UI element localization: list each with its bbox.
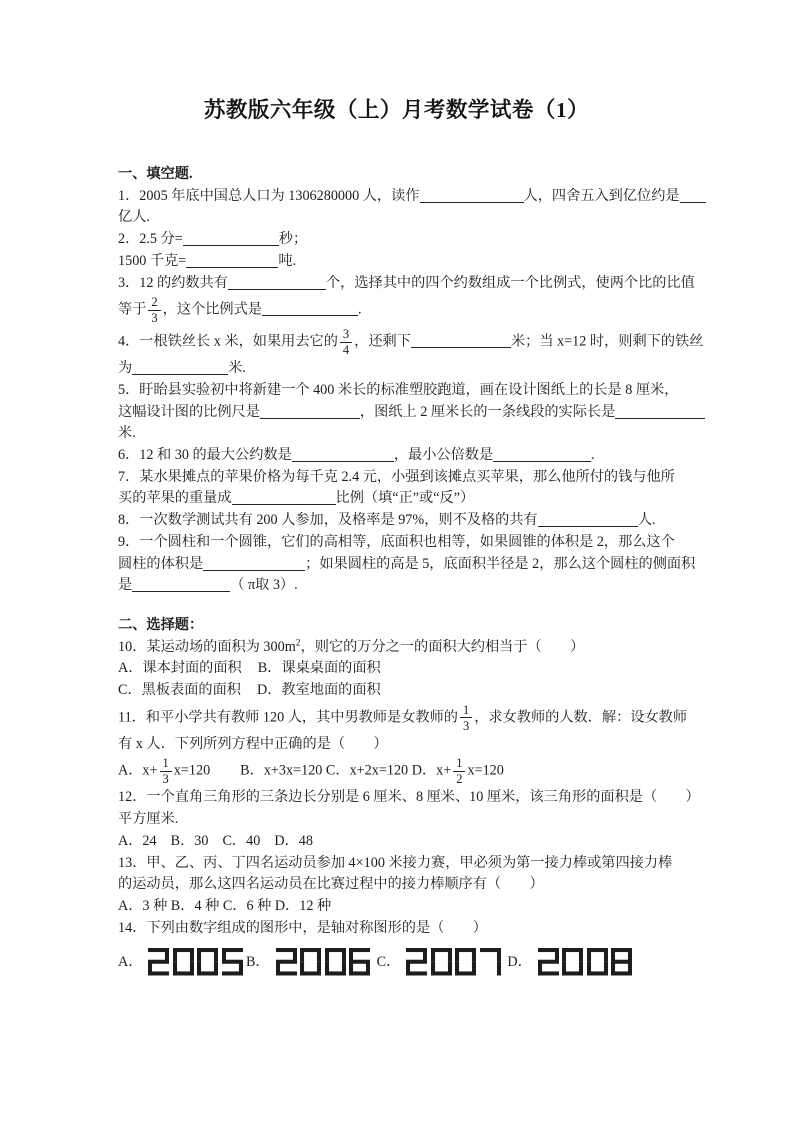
fraction-numerator: 1 xyxy=(453,756,465,772)
fraction-numerator: 1 xyxy=(160,756,172,772)
question-8-line-1: 8．一次数学测试共有 200 人参加，及格率是 97%，则不及格的共有人. xyxy=(118,510,693,532)
exam-paper-page: 苏教版六年级（上）月考数学试卷（1） 一、填空题.1．2005 年底中国总人口为… xyxy=(0,0,793,1122)
text-run: 14．下列由数字组成的图形中，是轴对称图形的是（ ） xyxy=(118,920,487,936)
text-run: D． xyxy=(504,954,532,970)
text-run: . xyxy=(358,301,362,317)
text-run: ，最小公倍数是 xyxy=(394,447,493,463)
text-run: D．48 xyxy=(274,833,313,849)
text-run: ，求女教师的人数．解：设女教师 xyxy=(474,709,687,725)
blank-underline xyxy=(615,406,705,419)
question-5-line-1: 5．盱眙县实验初中将新建一个 400 米长的标准塑胶跑道，画在设计图纸上的长是 … xyxy=(118,380,693,402)
text-run: A．24 xyxy=(118,833,157,849)
text-run: （ π取 3）. xyxy=(230,577,297,593)
fraction-denominator: 3 xyxy=(460,718,472,733)
question-12-line-1: 12．一个直角三角形的三条边长分别是 6 厘米、8 厘米、10 厘米，该三角形的… xyxy=(118,787,693,809)
blank-underline xyxy=(183,233,279,246)
text-run: 11．和平小学共有教师 120 人，其中男教师是女教师的 xyxy=(118,709,458,725)
question-12-options: A．24B．30C．40D．48 xyxy=(118,831,693,853)
text-run: 8．一次数学测试共有 200 人参加，及格率是 97%，则不及格的共有 xyxy=(118,512,538,528)
text-run: C． xyxy=(373,954,400,970)
text-run: A．3 种 B．4 种 C．6 种 D．12 种 xyxy=(118,898,331,914)
fraction: 13 xyxy=(460,703,472,733)
text-run: 3．12 的约数共有 xyxy=(118,275,228,291)
question-11-line-2: 有 x 人．下列所列方程中正确的是（ ） xyxy=(118,734,693,756)
text-run: 7．某水果摊点的苹果价格为每千克 2.4 元，小强到该摊点买苹果，那么他所付的钱… xyxy=(118,469,675,485)
blank-underline xyxy=(292,449,394,462)
fraction: 12 xyxy=(453,756,465,786)
question-10-options-cd: C．黑板表面的面积D．教室地面的面积 xyxy=(118,680,693,702)
text-run: 的运动员，那么这四名运动员在比赛过程中的接力棒顺序有（ ） xyxy=(118,876,544,892)
text-run: ，则它的万分之一的面积大约相当于（ ） xyxy=(301,639,585,655)
text-run: 亿人. xyxy=(118,209,150,225)
digit-0-icon xyxy=(173,948,194,976)
text-run: A．x+ xyxy=(118,763,158,779)
text-run: 1．2005 年底中国总人口为 1306280000 人，读作 xyxy=(118,188,420,204)
blank-underline xyxy=(203,558,305,571)
fraction-numerator: 2 xyxy=(148,295,160,311)
question-13-options: A．3 种 B．4 种 C．6 种 D．12 种 xyxy=(118,896,693,918)
blank-underline xyxy=(262,303,358,316)
fraction: 13 xyxy=(160,756,172,786)
segment-number-2007 xyxy=(406,948,501,976)
segment-number-2006 xyxy=(276,948,371,976)
text-run: ；如果圆柱的高是 5，底面积半径是 2，那么这个圆柱的侧面积 xyxy=(305,556,695,572)
text-run: 米；当 x=12 时，则剩下的铁丝 xyxy=(511,333,703,349)
question-7-line-2: 买的苹果的重量成比例（填“正”或“反”） xyxy=(118,488,693,510)
fraction: 23 xyxy=(148,295,160,325)
blank-underline xyxy=(132,362,228,375)
text-run: A．课本封面的面积 xyxy=(118,660,242,676)
question-5-line-2: 这幅设计图的比例尺是，图纸上 2 厘米长的一条线段的实际长是 xyxy=(118,402,693,424)
digit-2-icon xyxy=(406,948,427,976)
text-run: 12．一个直角三角形的三条边长分别是 6 厘米、8 厘米、10 厘米，该三角形的… xyxy=(118,789,700,805)
blank-underline xyxy=(680,190,706,203)
fraction-denominator: 3 xyxy=(148,311,160,326)
question-3-line-1: 3．12 的约数共有个，选择其中的四个约数组成一个比例式，使两个比的比值 xyxy=(118,273,693,295)
digit-5-icon xyxy=(222,948,243,976)
text-run: A． xyxy=(118,954,142,970)
blank-underline xyxy=(538,514,638,527)
text-run: 个，选择其中的四个约数组成一个比例式，使两个比的比值 xyxy=(326,275,695,291)
question-10-options-ab: A．课本封面的面积B．课桌桌面的面积 xyxy=(118,658,693,680)
digit-0-icon xyxy=(455,948,476,976)
fraction-denominator: 2 xyxy=(453,772,465,787)
fraction-denominator: 4 xyxy=(340,343,352,358)
text-run: 等于 xyxy=(118,301,146,317)
question-10-line-1: 10．某运动场的面积为 300m2，则它的万分之一的面积大约相当于（ ） xyxy=(118,637,693,659)
question-4-line-2: 为米. xyxy=(118,358,693,380)
blank-underline xyxy=(228,277,326,290)
digit-0-icon xyxy=(431,948,452,976)
question-9-line-1: 9．一个圆柱和一个圆锥，它们的高相等，底面积也相等，如果圆锥的体积是 2，那么这… xyxy=(118,532,693,554)
text-run: 6．12 和 30 的最大公约数是 xyxy=(118,447,292,463)
text-run: 人. xyxy=(638,512,656,528)
text-run: C．黑板表面的面积 xyxy=(118,682,241,698)
text-run: D．教室地面的面积 xyxy=(257,682,381,698)
question-1-line-2: 亿人. xyxy=(118,207,693,229)
digit-0-icon xyxy=(562,948,583,976)
digit-0-icon xyxy=(197,948,218,976)
question-2-line-2: 1500 千克=吨. xyxy=(118,251,693,273)
text-run: 米. xyxy=(228,360,246,376)
text-run: B． xyxy=(246,954,270,970)
blank-underline xyxy=(493,449,591,462)
text-run: 米. xyxy=(118,425,136,441)
spacer xyxy=(260,844,274,845)
question-4-line-1: 4．一根铁丝长 x 米，如果用去它的34，还剩下米；当 x=12 时，则剩下的铁… xyxy=(118,326,693,358)
blank-underline xyxy=(411,335,511,348)
text-run: 这幅设计图的比例尺是 xyxy=(118,404,260,420)
question-6-line-1: 6．12 和 30 的最大公约数是，最小公倍数是. xyxy=(118,445,693,467)
spacer xyxy=(157,844,171,845)
text-run: 9．一个圆柱和一个圆锥，它们的高相等，底面积也相等，如果圆锥的体积是 2，那么这… xyxy=(118,534,675,550)
text-run: 为 xyxy=(118,360,132,376)
fraction-numerator: 1 xyxy=(460,703,472,719)
text-run: 4．一根铁丝长 x 米，如果用去它的 xyxy=(118,333,338,349)
question-1-line-1: 1．2005 年底中国总人口为 1306280000 人，读作人，四舍五入到亿位… xyxy=(118,186,693,208)
text-run: B．课桌桌面的面积 xyxy=(258,660,381,676)
section-2-heading: 二、选择题： xyxy=(118,615,693,637)
question-5-line-3: 米. xyxy=(118,423,693,445)
text-run: 5．盱眙县实验初中将新建一个 400 米长的标准塑胶跑道，画在设计图纸上的长是 … xyxy=(118,382,678,398)
text-run: 圆柱的体积是 xyxy=(118,556,203,572)
question-13-line-1: 13．甲、乙、丙、丁四名运动员参加 4×100 米接力赛，甲必须为第一接力棒或第… xyxy=(118,853,693,875)
text-run: x=120 xyxy=(174,763,210,779)
text-run: 吨. xyxy=(278,253,296,269)
question-7-line-1: 7．某水果摊点的苹果价格为每千克 2.4 元，小强到该摊点买苹果，那么他所付的钱… xyxy=(118,467,693,489)
text-run: 二、选择题： xyxy=(118,617,203,633)
question-3-line-2: 等于23，这个比例式是. xyxy=(118,294,693,326)
segment-number-2008 xyxy=(538,948,633,976)
text-run: 买的苹果的重量成 xyxy=(118,490,232,506)
digit-2-icon xyxy=(276,948,297,976)
question-2-line-1: 2．2.5 分=秒； xyxy=(118,229,693,251)
text-run: 1500 千克= xyxy=(118,253,186,269)
text-run: 比例（填“正”或“反”） xyxy=(336,490,475,506)
text-run: C．40 xyxy=(222,833,260,849)
text-run: 有 x 人．下列所列方程中正确的是（ ） xyxy=(118,736,388,752)
blank-underline xyxy=(132,579,230,592)
text-run: ，还剩下 xyxy=(354,333,411,349)
blank-underline xyxy=(420,190,524,203)
text-run: B．30 xyxy=(171,833,209,849)
paper-title: 苏教版六年级（上）月考数学试卷（1） xyxy=(118,97,675,124)
digit-2-icon xyxy=(148,948,169,976)
text-run: 一、填空题. xyxy=(118,166,193,182)
section-1-heading: 一、填空题. xyxy=(118,164,693,186)
question-11-line-1: 11．和平小学共有教师 120 人，其中男教师是女教师的13，求女教师的人数．解… xyxy=(118,702,693,734)
document-body: 一、填空题.1．2005 年底中国总人口为 1306280000 人，读作人，四… xyxy=(118,164,693,980)
text-run: 13．甲、乙、丙、丁四名运动员参加 4×100 米接力赛，甲必须为第一接力棒或第… xyxy=(118,855,672,871)
text-run: ，这个比例式是 xyxy=(163,301,262,317)
blank-underline xyxy=(260,406,360,419)
digit-8-icon xyxy=(611,948,632,976)
text-run: ，图纸上 2 厘米长的一条线段的实际长是 xyxy=(360,404,615,420)
question-13-line-2: 的运动员，那么这四名运动员在比赛过程中的接力棒顺序有（ ） xyxy=(118,874,693,896)
question-14-line-1: 14．下列由数字组成的图形中，是轴对称图形的是（ ） xyxy=(118,918,693,940)
text-run: x=120 xyxy=(467,763,503,779)
text-run: 2．2.5 分= xyxy=(118,231,183,247)
question-11-options: A．x+13x=120B．x+3x=120 C．x+2x=120 D．x+12x… xyxy=(118,755,693,787)
text-run: B．x+3x=120 C．x+2x=120 D．x+ xyxy=(240,763,451,779)
blank-underline xyxy=(232,492,336,505)
spacer xyxy=(210,774,240,775)
text-run: 人，四舍五入到亿位约是 xyxy=(524,188,680,204)
question-14-options: A．B． C． D． xyxy=(118,946,693,980)
fraction-denominator: 3 xyxy=(160,772,172,787)
text-run: 秒； xyxy=(279,231,307,247)
digit-6-icon xyxy=(349,948,370,976)
digit-0-icon xyxy=(300,948,321,976)
spacer xyxy=(241,693,257,694)
spacer xyxy=(242,671,258,672)
question-9-line-3: 是（ π取 3）. xyxy=(118,575,693,597)
digit-2-icon xyxy=(538,948,559,976)
fraction-numerator: 3 xyxy=(340,327,352,343)
text-run: 10．某运动场的面积为 300m xyxy=(118,639,296,655)
text-run: . xyxy=(591,447,595,463)
spacer xyxy=(208,844,222,845)
fraction: 34 xyxy=(340,327,352,357)
digit-0-icon xyxy=(587,948,608,976)
question-9-line-2: 圆柱的体积是；如果圆柱的高是 5，底面积半径是 2，那么这个圆柱的侧面积 xyxy=(118,554,693,576)
text-run: 平方厘米. xyxy=(118,811,178,827)
segment-number-2005 xyxy=(148,948,243,976)
digit-0-icon xyxy=(325,948,346,976)
text-run: 是 xyxy=(118,577,132,593)
digit-7-icon xyxy=(480,948,501,976)
question-12-line-2: 平方厘米. xyxy=(118,809,693,831)
blank-underline xyxy=(186,255,278,268)
